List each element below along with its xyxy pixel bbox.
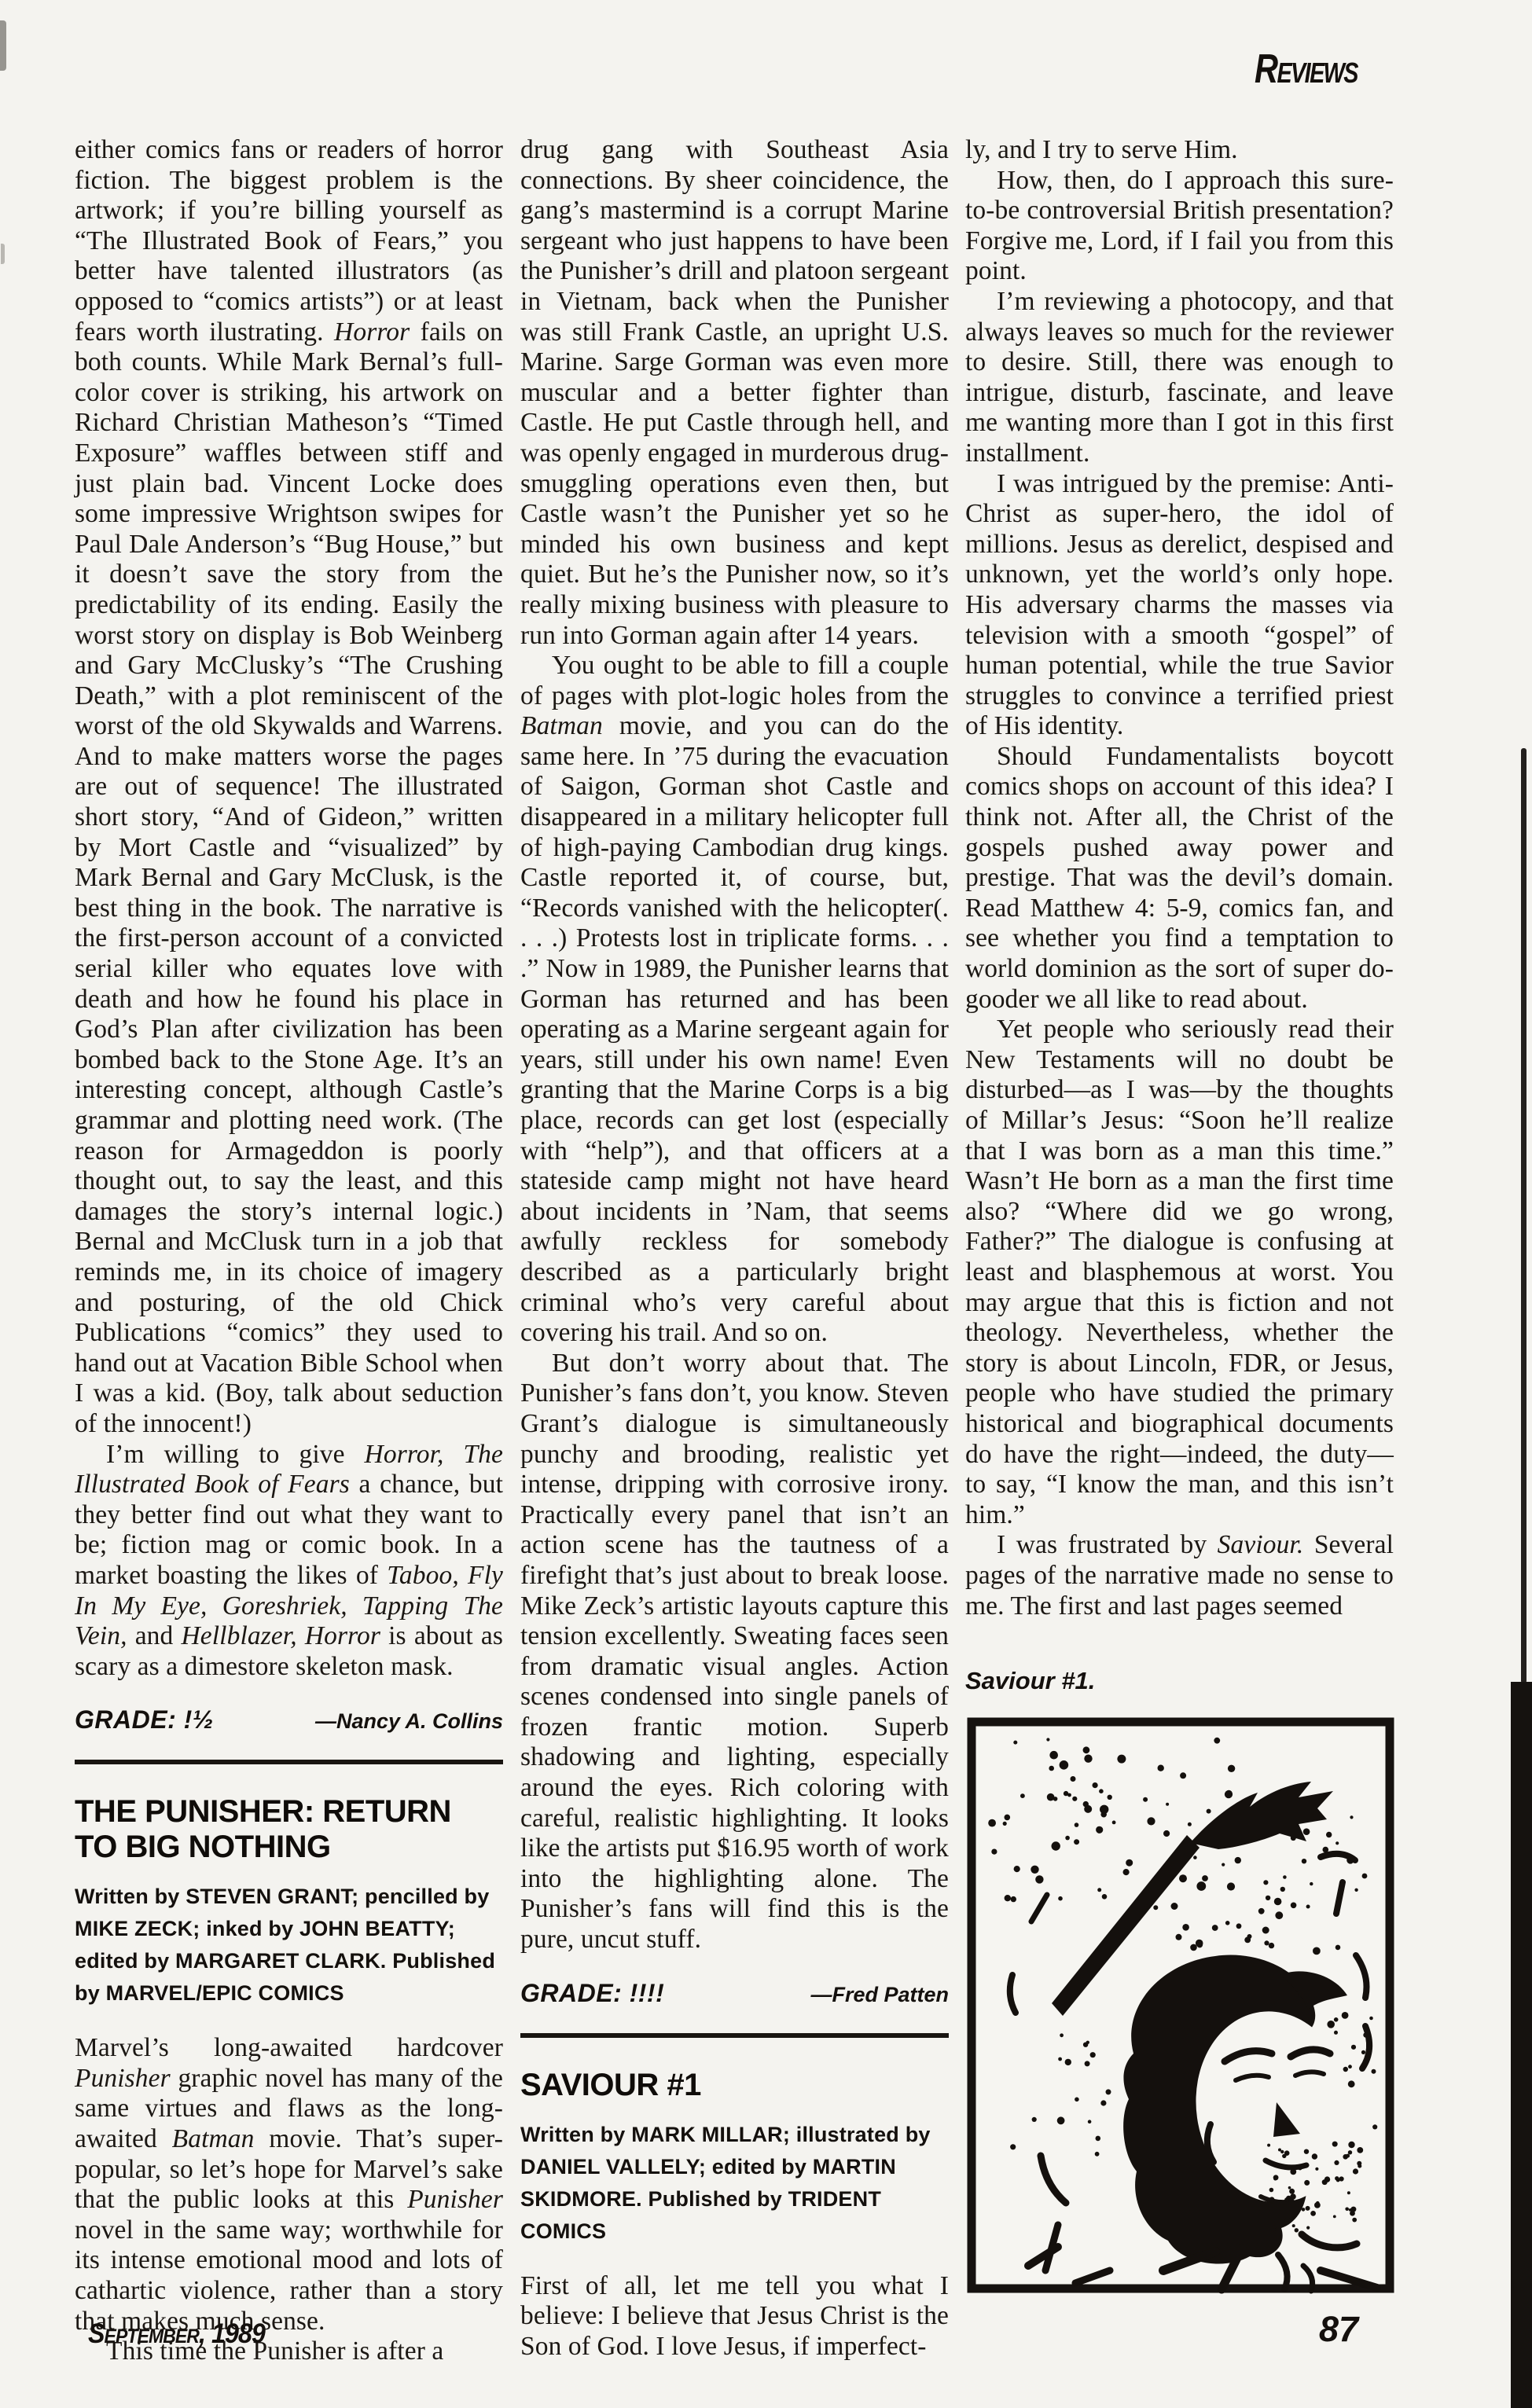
text-run: Marvel’s long-awaited hardcover (75, 2033, 503, 2062)
text-run: ly, and I try to serve Him. (965, 135, 1238, 164)
text-run: either comics fans or readers of horror … (75, 135, 503, 347)
section-divider (520, 2033, 949, 2038)
reviewer-name: —Fred Patten (810, 1983, 949, 2007)
credits-byline: Written by STEVEN GRANT; pencilled by MI… (75, 1881, 503, 2010)
review-paragraph: drug gang with Southeast Asia connection… (520, 135, 949, 651)
review-paragraph: First of all, let me tell you what I bel… (520, 2271, 949, 2362)
review-paragraph: But don’t worry about that. The Punisher… (520, 1349, 949, 1955)
text-run: movie, and you can do the same here. In … (520, 711, 949, 1347)
magazine-page: Reviews either comics fans or readers of… (0, 0, 1532, 2408)
scan-smudge (1, 244, 5, 264)
italic-title: Horror (334, 318, 410, 347)
review-paragraph: You ought to be able to fill a couple of… (520, 651, 949, 1349)
reviewer-name: —Nancy A. Collins (315, 1709, 503, 1734)
italic-title: Batman (520, 711, 603, 740)
scan-smudge (0, 20, 6, 71)
review-columns: either comics fans or readers of horror … (0, 0, 1532, 2408)
text-run: How, then, do I approach this sure-to-be… (965, 166, 1394, 286)
footer-issue-date: September, 1989 (88, 2318, 265, 2350)
section-divider (75, 1760, 503, 1764)
text-run: I’m reviewing a photocopy, and that alwa… (965, 287, 1394, 468)
text-column-2: drug gang with Southeast Asia connection… (520, 135, 949, 2362)
text-run: I’m willing to give (106, 1440, 365, 1469)
review-paragraph: either comics fans or readers of horror … (75, 135, 503, 1440)
text-run: and (127, 1621, 182, 1650)
review-paragraph: Yet people who seriously read their New … (965, 1015, 1394, 1530)
review-paragraph: ly, and I try to serve Him. (965, 135, 1394, 166)
text-run: fails on both counts. While Mark Bernal’… (75, 318, 503, 1438)
text-run: drug gang with Southeast Asia connection… (520, 135, 949, 650)
text-run: Should Fundamentalists boycott comics sh… (965, 742, 1394, 1014)
text-column-1: either comics fans or readers of horror … (75, 135, 503, 2367)
italic-title: Saviour. (1218, 1530, 1304, 1559)
review-paragraph: Should Fundamentalists boycott comics sh… (965, 742, 1394, 1015)
scan-edge-artifact (1521, 748, 1526, 1683)
review-paragraph: I’m reviewing a photocopy, and that alwa… (965, 287, 1394, 469)
review-title: THE PUNISHER: RETURN TO BIG NOTHING (75, 1794, 503, 1865)
scan-edge-artifact (1511, 1682, 1532, 2408)
review-title: SAVIOUR #1 (520, 2068, 949, 2103)
italic-title: Hellblazer, Horror (182, 1621, 381, 1650)
text-run: First of all, let me tell you what I bel… (520, 2271, 949, 2361)
italic-title: Batman (172, 2124, 255, 2153)
credits-byline: Written by MARK MILLAR; illustrated by D… (520, 2119, 949, 2248)
footer-page-number: 87 (1319, 2309, 1358, 2350)
text-run: You ought to be able to fill a couple of… (520, 651, 949, 710)
grade-value: GRADE: !!!! (520, 1979, 664, 2008)
text-run: But don’t worry about that. The Punisher… (520, 1349, 949, 1954)
text-run: Yet people who seriously read their New … (965, 1015, 1394, 1529)
review-paragraph: How, then, do I approach this sure-to-be… (965, 166, 1394, 287)
grade-value: GRADE: !½ (75, 1705, 214, 1734)
text-column-3: ly, and I try to serve Him.How, then, do… (965, 135, 1394, 2295)
review-paragraph: I was frustrated by Saviour. Several pag… (965, 1530, 1394, 1621)
review-paragraph: Marvel’s long-awaited hardcover Punisher… (75, 2033, 503, 2336)
review-paragraph: I’m willing to give Horror, The Illustra… (75, 1440, 503, 1683)
review-paragraph: I was intrigued by the premise: Anti-Chr… (965, 469, 1394, 742)
illustration-caption: Saviour #1. (965, 1667, 1394, 1695)
text-run: I was intrigued by the premise: Anti-Chr… (965, 469, 1394, 741)
text-run: I was frustrated by (997, 1530, 1218, 1559)
italic-title: Punisher (75, 2064, 171, 2093)
italic-title: Punisher (407, 2185, 503, 2214)
grade-row: GRADE: !½—Nancy A. Collins (75, 1705, 503, 1734)
grade-row: GRADE: !!!!—Fred Patten (520, 1979, 949, 2008)
text-run: novel in the same way; worthwhile for it… (75, 2215, 503, 2336)
review-illustration (965, 1716, 1396, 2295)
